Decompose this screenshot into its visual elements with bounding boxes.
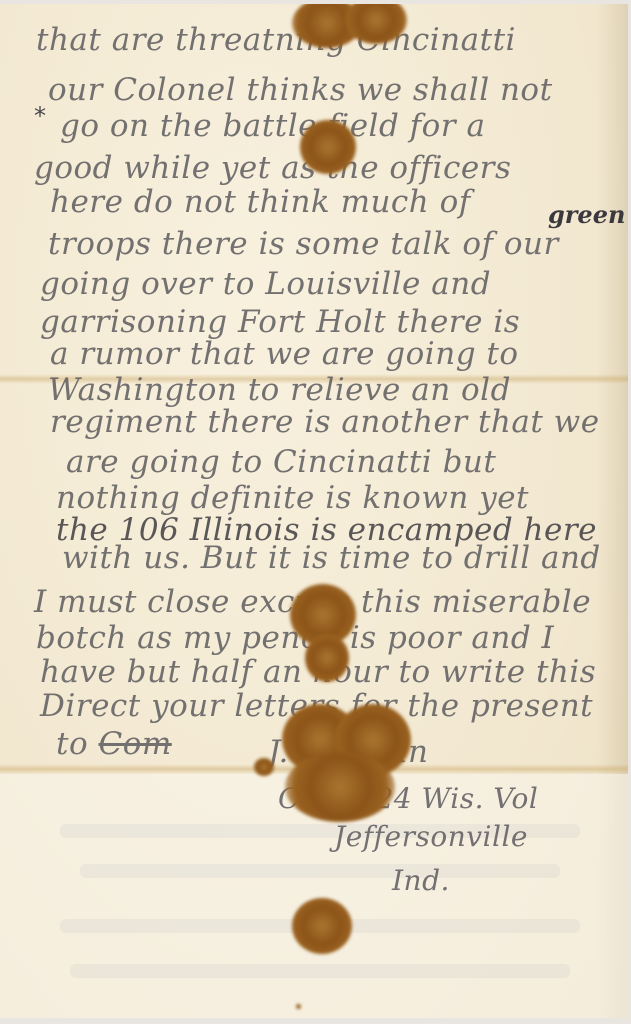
letter-line: regiment there is another that we [50, 404, 600, 440]
closing-to: to Com [56, 726, 172, 762]
stain [292, 898, 352, 954]
margin-mark: * [34, 102, 46, 130]
letter-line: our Colonel thinks we shall not [48, 72, 553, 108]
letter-line: good while yet as the officers [34, 150, 511, 186]
letter-line: troops there is some talk of our [48, 226, 559, 262]
letter-line: a rumor that we are going to [50, 336, 519, 372]
letter-line: go on the battle field for a [60, 108, 485, 144]
inserted-word: green [548, 200, 625, 229]
letter-line: garrisoning Fort Holt there is [40, 304, 520, 340]
address-city: Jeffersonville [334, 820, 528, 853]
struck-word: Com [98, 726, 171, 762]
letter-line: nothing definite is known yet [56, 480, 529, 516]
letter-page: that are threatning Cincinatti our Colon… [0, 4, 628, 1018]
letter-line: Washington to relieve an old [48, 372, 511, 408]
stain [254, 758, 274, 776]
stain [305, 634, 349, 682]
address-state: Ind. [392, 864, 450, 897]
letter-line: going over to Louisville and [40, 266, 491, 302]
letter-line: with us. But it is time to drill and [62, 540, 601, 576]
letter-line: are going to Cincinatti but [66, 444, 496, 480]
stain [300, 120, 356, 174]
stain [285, 752, 395, 822]
letter-line: that are threatning Cincinatti [36, 22, 516, 58]
stain [296, 1004, 301, 1009]
letter-line: here do not think much of [50, 184, 471, 220]
